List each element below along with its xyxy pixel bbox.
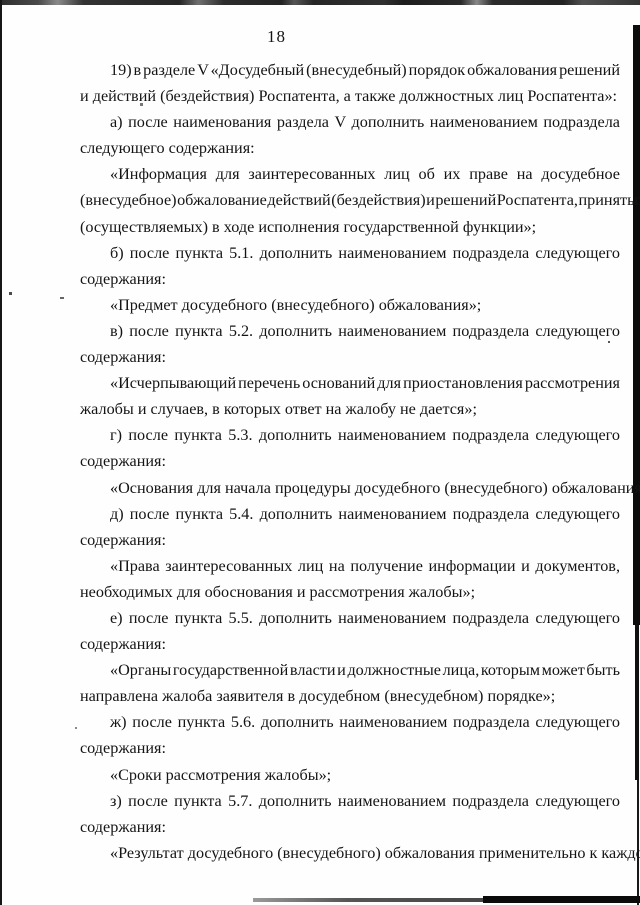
scan-speck (75, 727, 77, 729)
text-line: «Информация для заинтересованных лиц об … (80, 161, 620, 187)
paragraph: г) после пункта 5.3. дополнить наименова… (80, 422, 620, 474)
text-line: направлена жалоба заявителя в досудебном… (80, 683, 620, 709)
paragraph: з) после пункта 5.7. дополнить наименова… (80, 788, 620, 840)
page-number: 18 (0, 27, 553, 47)
paragraph: «Сроки рассмотрения жалобы»; (80, 762, 620, 788)
scan-artifact-right-edge (635, 625, 639, 780)
paragraph: б) после пункта 5.1. дополнить наименова… (80, 240, 620, 292)
paragraph: а) после наименования раздела V дополнит… (80, 109, 620, 161)
scan-artifact-left-edge (0, 0, 2, 905)
scan-artifact-bottom-edge (483, 896, 640, 903)
text-line: и действий (бездействия) Роспатента, а т… (80, 83, 620, 109)
text-line: «Права заинтересованных лиц на получение… (80, 553, 620, 579)
text-line: «Предмет досудебного (внесудебного) обжа… (80, 292, 620, 318)
text-line: следующего содержания: (80, 135, 620, 161)
text-line: содержания: (80, 344, 620, 370)
paragraph: «Результат досудебного (внесудебного) об… (80, 840, 620, 866)
scan-artifact-bottom-edge (253, 898, 488, 902)
text-line: содержания: (80, 527, 620, 553)
text-line: содержания: (80, 735, 620, 761)
text-line: (осуществляемых) в ходе исполнения госуд… (80, 214, 620, 240)
paragraph: в) после пункта 5.2. дополнить наименова… (80, 318, 620, 370)
scan-artifact-top-edge (0, 0, 640, 5)
text-line: содержания: (80, 814, 620, 840)
paragraph: ж) после пункта 5.6. дополнить наименова… (80, 709, 620, 761)
text-line: в) после пункта 5.2. дополнить наименова… (80, 318, 620, 344)
text-line: содержания: (80, 448, 620, 474)
text-line: «Исчерпывающий перечень оснований для пр… (80, 370, 620, 396)
text-line: 19) в разделе V «Досудебный (внесудебный… (80, 57, 620, 83)
text-line: «Основания для начала процедуры досудебн… (80, 475, 620, 501)
paragraph: «Органы государственной власти и должнос… (80, 657, 620, 709)
paragraph: 19) в разделе V «Досудебный (внесудебный… (80, 57, 620, 109)
scanned-document-page: 18 19) в разделе V «Досудебный (внесудеб… (0, 0, 640, 905)
text-line: содержания: (80, 631, 620, 657)
text-line: содержания: (80, 266, 620, 292)
scan-artifact-right-edge (633, 25, 640, 625)
scan-speck (60, 297, 64, 299)
text-line: (внесудебное) обжалование действий (безд… (80, 187, 620, 213)
text-line: ж) после пункта 5.6. дополнить наименова… (80, 709, 620, 735)
text-line: з) после пункта 5.7. дополнить наименова… (80, 788, 620, 814)
scan-speck (9, 292, 12, 295)
text-line: жалобы и случаев, в которых ответ на жал… (80, 396, 620, 422)
paragraph: «Исчерпывающий перечень оснований для пр… (80, 370, 620, 422)
text-line: необходимых для обоснования и рассмотрен… (80, 579, 620, 605)
paragraph: е) после пункта 5.5. дополнить наименова… (80, 605, 620, 657)
text-line: а) после наименования раздела V дополнит… (80, 109, 620, 135)
text-line: «Сроки рассмотрения жалобы»; (80, 762, 620, 788)
text-line: «Органы государственной власти и должнос… (80, 657, 620, 683)
paragraph: «Права заинтересованных лиц на получение… (80, 553, 620, 605)
text-line: д) после пункта 5.4. дополнить наименова… (80, 501, 620, 527)
text-line: б) после пункта 5.1. дополнить наименова… (80, 240, 620, 266)
paragraph: д) после пункта 5.4. дополнить наименова… (80, 501, 620, 553)
document-body: 19) в разделе V «Досудебный (внесудебный… (80, 57, 620, 866)
text-line: е) после пункта 5.5. дополнить наименова… (80, 605, 620, 631)
paragraph: «Основания для начала процедуры досудебн… (80, 475, 620, 501)
paragraph: «Информация для заинтересованных лиц об … (80, 161, 620, 239)
paragraph: «Предмет досудебного (внесудебного) обжа… (80, 292, 620, 318)
text-line: г) после пункта 5.3. дополнить наименова… (80, 422, 620, 448)
text-line: «Результат досудебного (внесудебного) об… (80, 840, 620, 866)
